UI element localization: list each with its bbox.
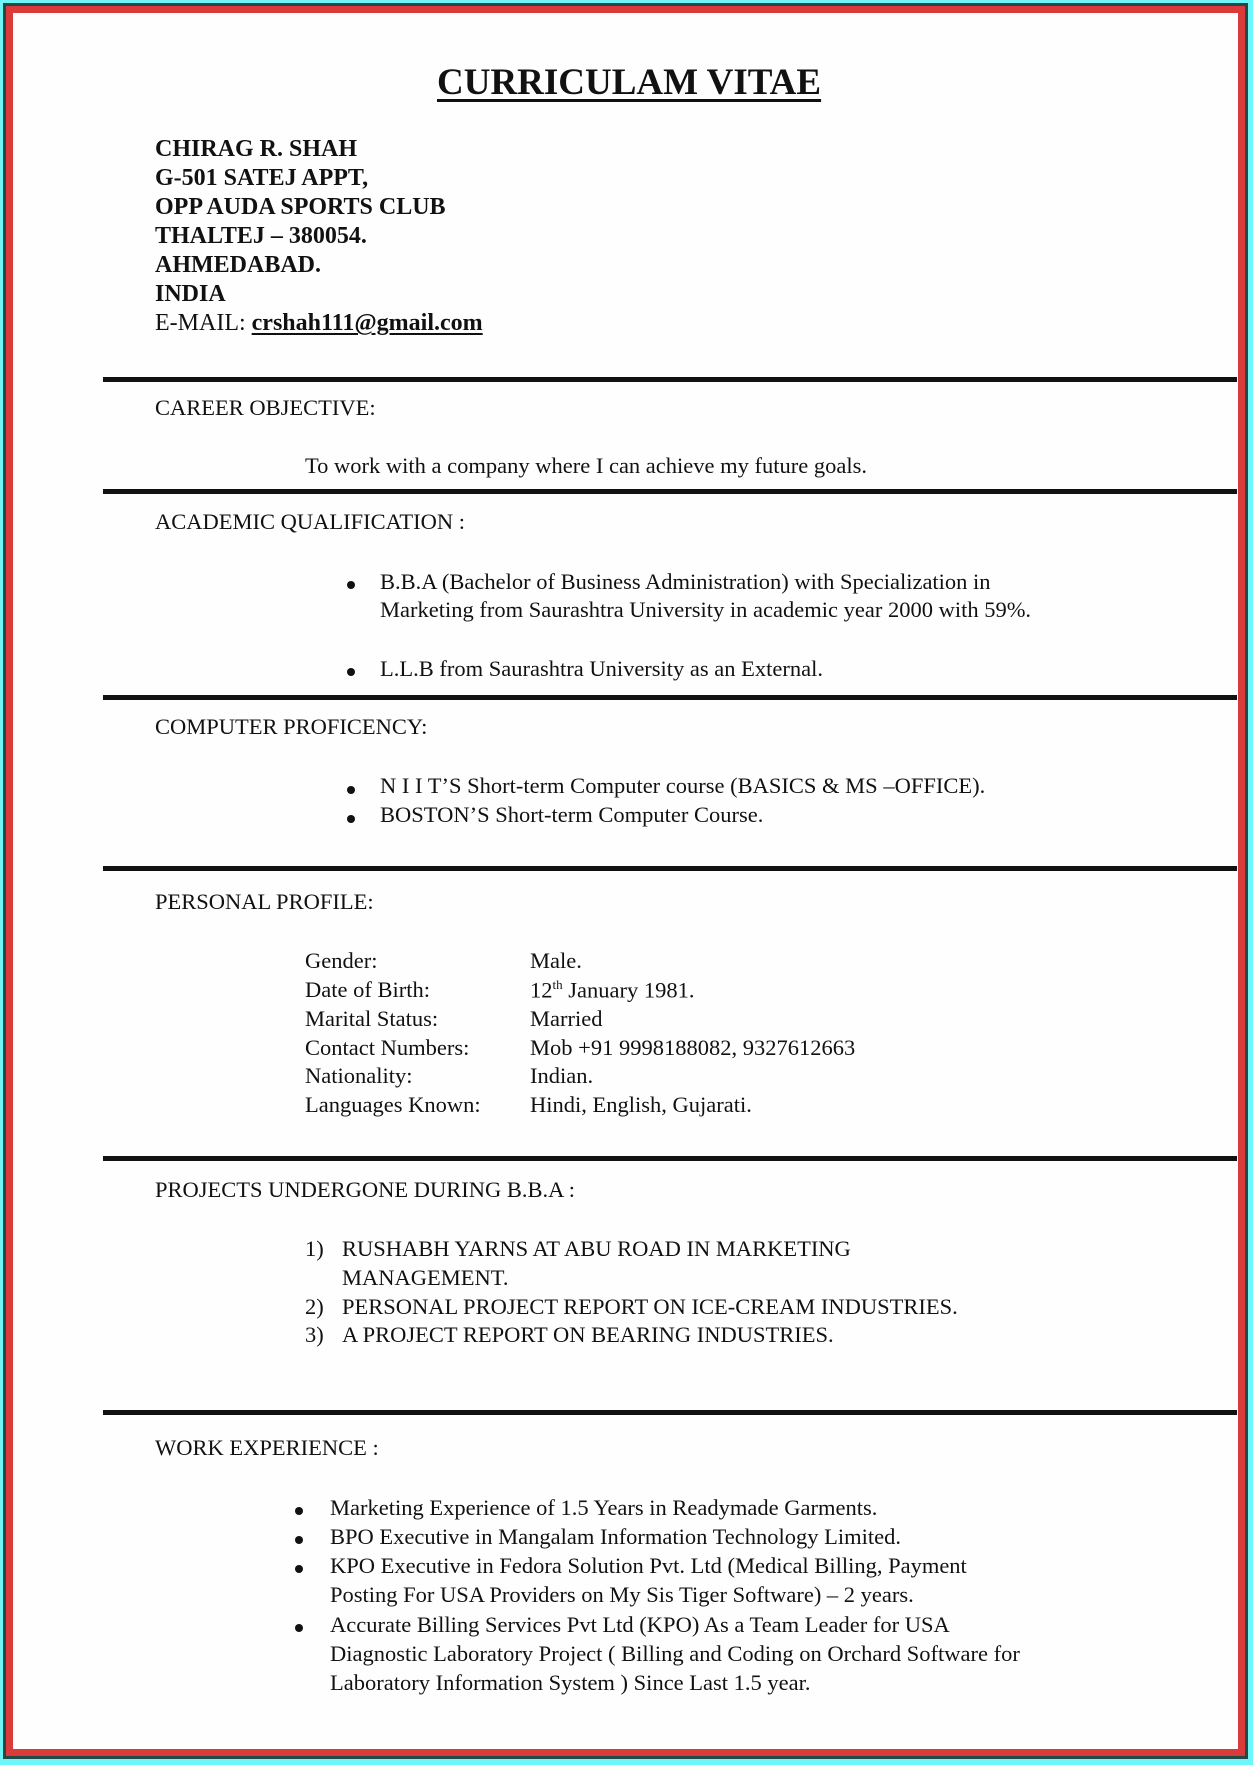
bullet-icon xyxy=(347,668,355,676)
section-heading-personal: PERSONAL PROFILE: xyxy=(155,889,374,915)
section-heading-computer: COMPUTER PROFICENCY: xyxy=(155,714,427,740)
section-divider xyxy=(103,695,1237,700)
academic-item-line: B.B.A (Bachelor of Business Administrati… xyxy=(380,569,991,595)
profile-label: Marital Status: xyxy=(305,1006,438,1032)
work-item-line: Accurate Billing Services Pvt Ltd (KPO) … xyxy=(330,1612,950,1638)
address-line: INDIA xyxy=(155,280,226,309)
address-line: THALTEJ – 380054. xyxy=(155,222,367,251)
project-number: 2) xyxy=(305,1294,324,1320)
bullet-icon xyxy=(347,786,355,794)
section-divider xyxy=(103,1156,1237,1161)
section-heading-projects: PROJECTS UNDERGONE DURING B.B.A : xyxy=(155,1177,575,1203)
bullet-icon xyxy=(295,1536,303,1544)
profile-value: Mob +91 9998188082, 9327612663 xyxy=(530,1035,855,1061)
work-item-line: Marketing Experience of 1.5 Years in Rea… xyxy=(330,1495,877,1521)
computer-item: BOSTON’S Short-term Computer Course. xyxy=(380,802,763,828)
project-line: RUSHABH YARNS AT ABU ROAD IN MARKETING xyxy=(342,1236,851,1262)
address-line: G-501 SATEJ APPT, xyxy=(155,164,368,193)
project-line: MANAGEMENT. xyxy=(342,1265,508,1291)
profile-label: Nationality: xyxy=(305,1063,412,1089)
work-item-line: Posting For USA Providers on My Sis Tige… xyxy=(330,1582,914,1608)
profile-value: 12th January 1981. xyxy=(530,977,694,1004)
computer-item: N I I T’S Short-term Computer course (BA… xyxy=(380,773,985,799)
work-item-line: Diagnostic Laboratory Project ( Billing … xyxy=(330,1641,1020,1667)
project-line: PERSONAL PROJECT REPORT ON ICE-CREAM IND… xyxy=(342,1294,958,1320)
email-label: E-MAIL: xyxy=(155,310,246,336)
email-link[interactable]: crshah111@gmail.com xyxy=(252,310,483,336)
profile-value: Hindi, English, Gujarati. xyxy=(530,1092,752,1118)
career-objective-text: To work with a company where I can achie… xyxy=(305,453,867,479)
address-line: AHMEDABAD. xyxy=(155,251,321,280)
academic-item-line: L.L.B from Saurashtra University as an E… xyxy=(380,656,823,682)
address-line: OPP AUDA SPORTS CLUB xyxy=(155,193,446,222)
profile-label: Date of Birth: xyxy=(305,977,430,1003)
profile-value: Married xyxy=(530,1006,602,1032)
project-number: 3) xyxy=(305,1322,324,1348)
work-item-line: KPO Executive in Fedora Solution Pvt. Lt… xyxy=(330,1553,967,1579)
section-heading-work: WORK EXPERIENCE : xyxy=(155,1435,379,1461)
section-divider xyxy=(103,377,1237,382)
profile-label: Gender: xyxy=(305,948,377,974)
bullet-icon xyxy=(347,581,355,589)
section-divider xyxy=(103,1410,1237,1415)
bullet-icon xyxy=(295,1565,303,1573)
profile-label: Contact Numbers: xyxy=(305,1035,469,1061)
profile-label: Languages Known: xyxy=(305,1092,481,1118)
applicant-name: CHIRAG R. SHAH xyxy=(155,135,357,164)
bullet-icon xyxy=(347,815,355,823)
email-row: E-MAIL: crshah111@gmail.com xyxy=(155,310,483,337)
section-heading-academic: ACADEMIC QUALIFICATION : xyxy=(155,509,465,535)
profile-value: Male. xyxy=(530,948,582,974)
project-number: 1) xyxy=(305,1236,324,1262)
section-divider xyxy=(103,866,1237,871)
section-divider xyxy=(103,489,1237,494)
profile-value: Indian. xyxy=(530,1063,593,1089)
bullet-icon xyxy=(295,1624,303,1632)
document-title: CURRICULAM VITAE xyxy=(437,61,821,104)
project-line: A PROJECT REPORT ON BEARING INDUSTRIES. xyxy=(342,1322,834,1348)
academic-item-line: Marketing from Saurashtra University in … xyxy=(380,597,1031,623)
work-item-line: Laboratory Information System ) Since La… xyxy=(330,1670,811,1696)
bullet-icon xyxy=(295,1507,303,1515)
work-item-line: BPO Executive in Mangalam Information Te… xyxy=(330,1524,901,1550)
section-heading-career-objective: CAREER OBJECTIVE: xyxy=(155,395,376,421)
